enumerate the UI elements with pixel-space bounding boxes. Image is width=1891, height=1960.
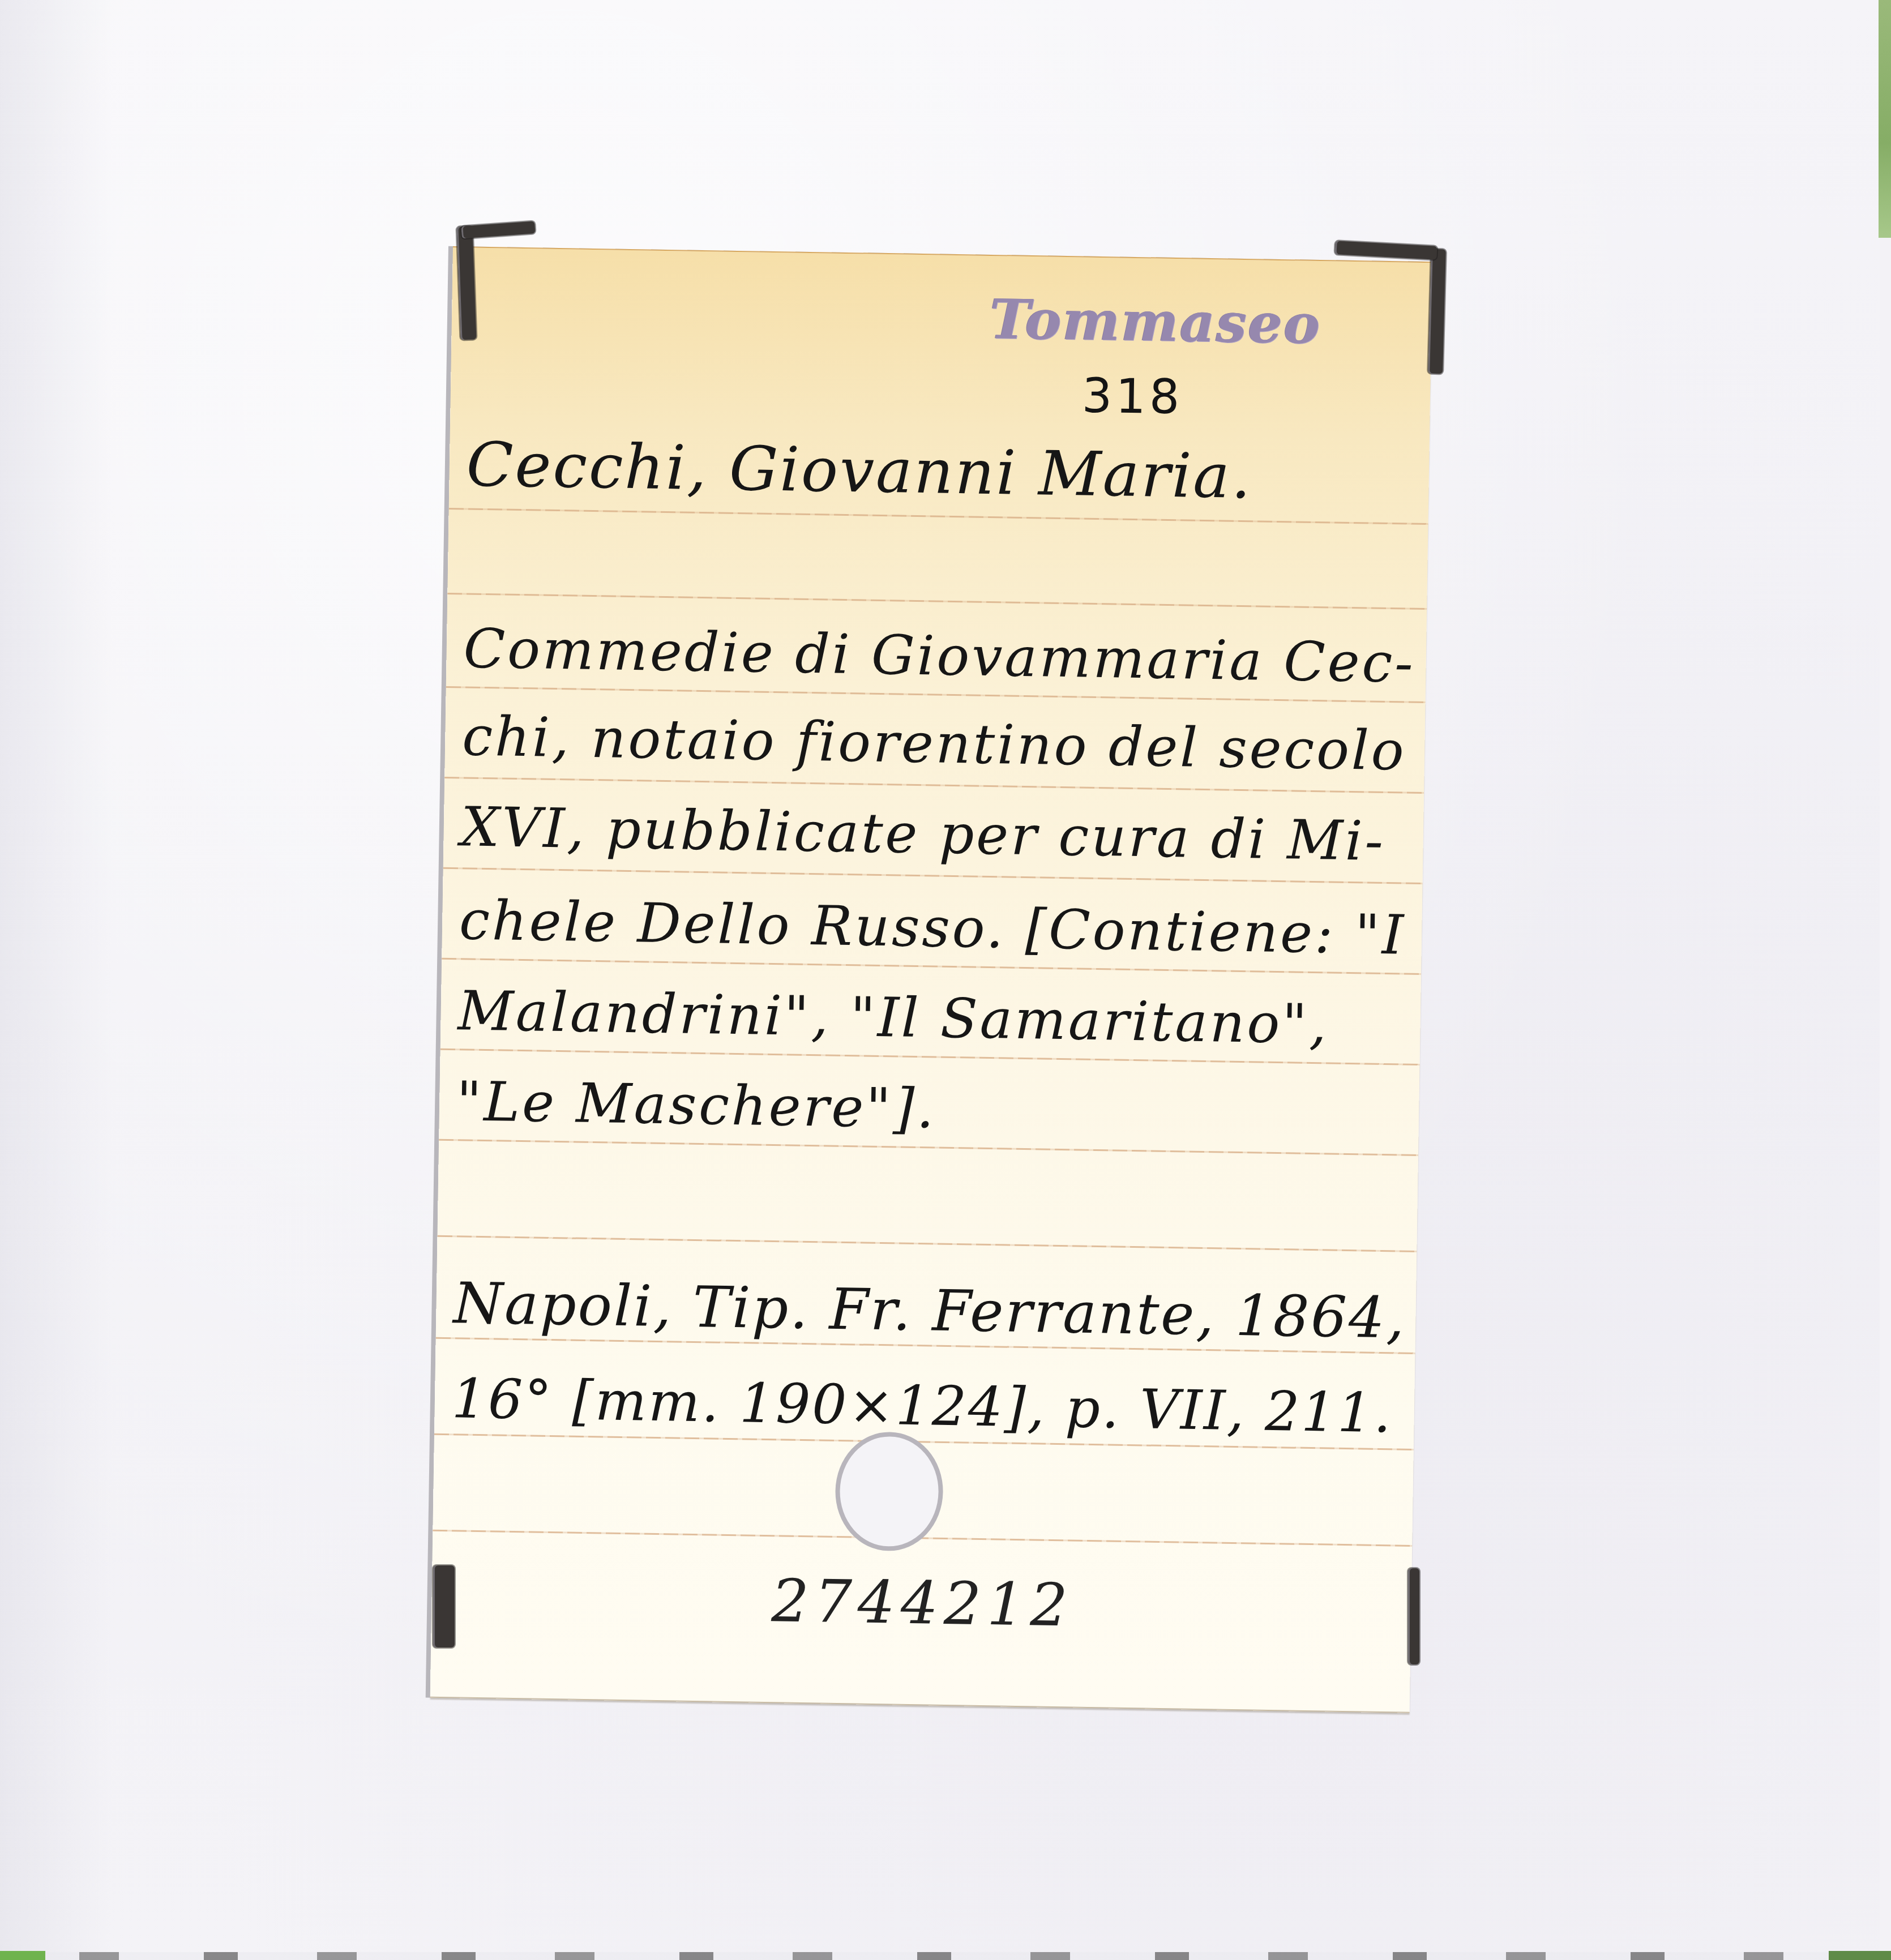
bottom-scan-edge xyxy=(0,1952,1891,1960)
title-line: Commedie di Giovammaria Cec- xyxy=(463,621,1415,690)
title-line: XVI, pubblicate per cura di Mi- xyxy=(460,799,1385,868)
corner-clip-bottom-right xyxy=(1408,1568,1419,1664)
punch-hole xyxy=(835,1431,944,1552)
bottom-left-green-edge xyxy=(0,1951,45,1960)
ruled-line xyxy=(439,1139,1418,1156)
title-line: Malandrini", "Il Samaritano", xyxy=(457,983,1329,1051)
backing-sheet-shadow xyxy=(0,0,113,1960)
ruled-line xyxy=(447,593,1427,610)
bottom-right-green-edge xyxy=(1829,1951,1891,1960)
title-line: chi, notaio fiorentino del secolo xyxy=(462,709,1407,778)
title-line: chele Dello Russo. [Contiene: "I xyxy=(459,893,1406,962)
collection-stamp: Tommaseo xyxy=(989,287,1321,356)
title-line: "Le Maschere"]. xyxy=(456,1074,937,1136)
physical-description-line: 16° [mm. 190×124], p. VII, 211. xyxy=(451,1371,1393,1440)
author-heading: Cecchi, Giovanni Maria. xyxy=(466,434,1253,508)
accession-number: 2744212 xyxy=(771,1566,1074,1640)
imprint-line: Napoli, Tip. Fr. Ferrante, 1864, xyxy=(453,1275,1406,1346)
ruled-line xyxy=(438,1235,1417,1252)
ruled-line xyxy=(449,508,1428,525)
corner-clip-bottom-left xyxy=(433,1565,455,1647)
shelf-number: 318 xyxy=(1081,367,1183,425)
green-edge-strip xyxy=(1879,0,1891,238)
catalog-card: Tommaseo 318 Cecchi, Giovanni Maria. Com… xyxy=(430,246,1432,1713)
